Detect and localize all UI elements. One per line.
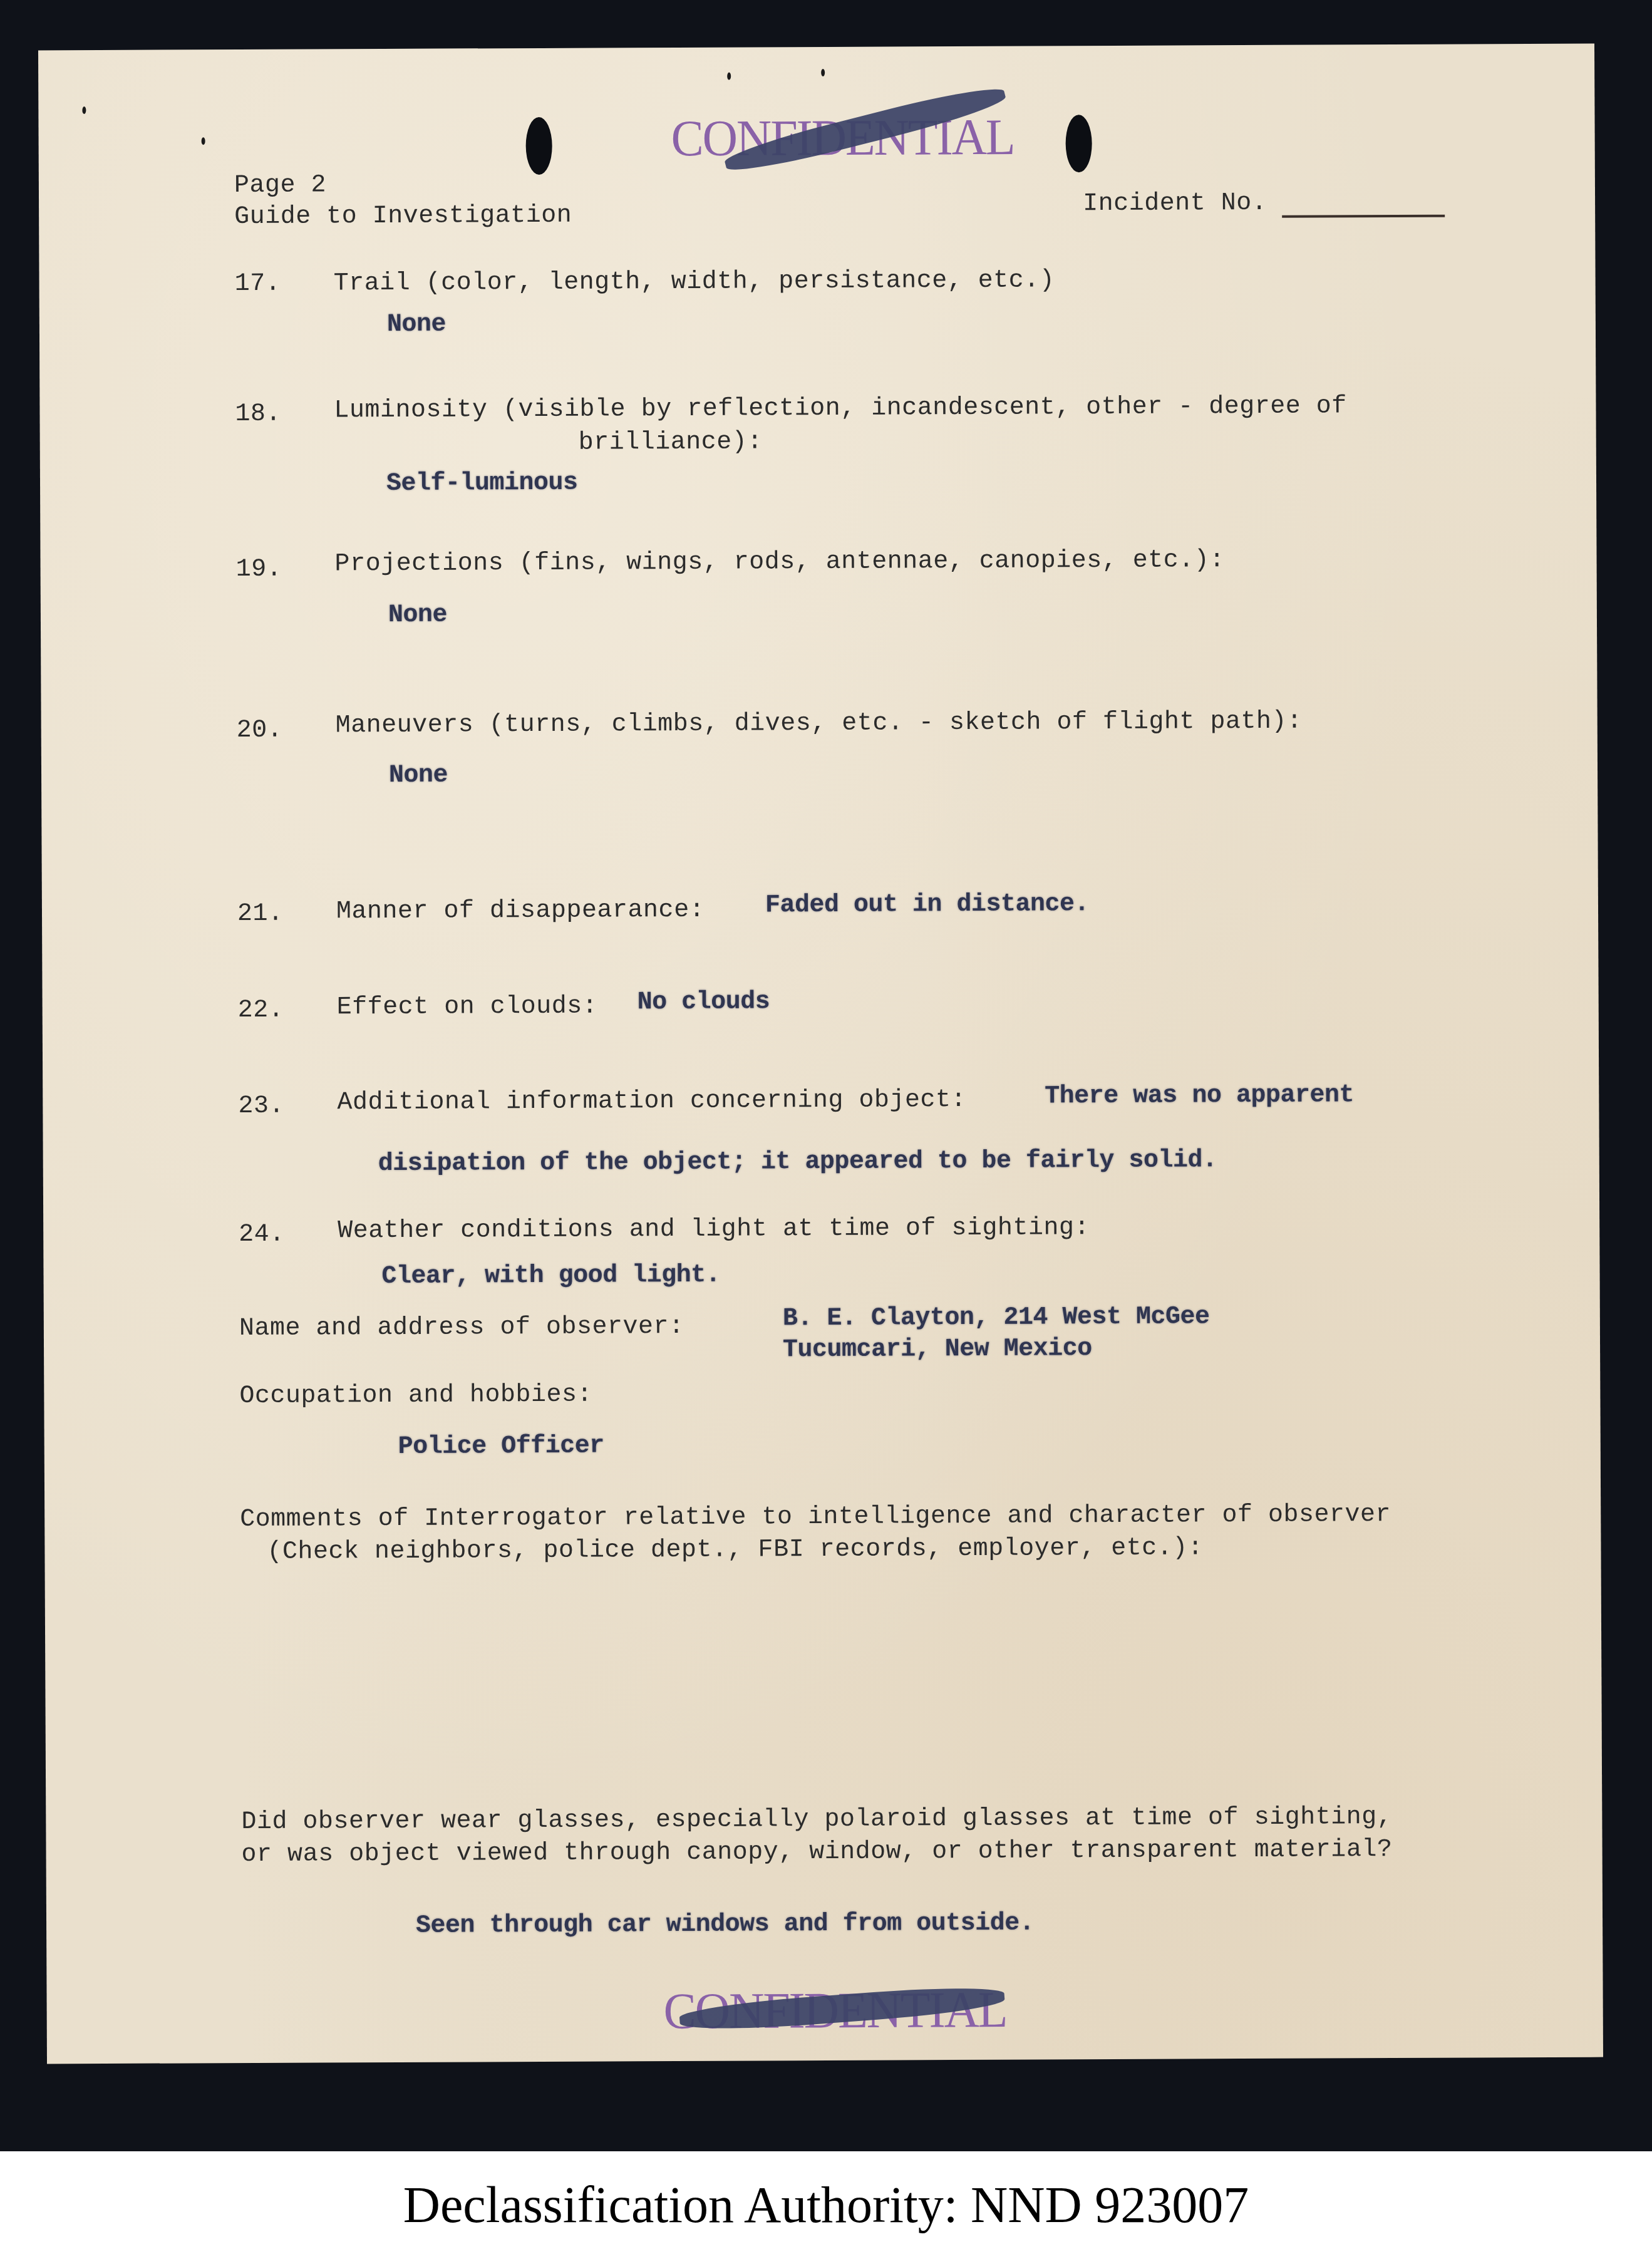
item-24-answer: Clear, with good light.	[381, 1261, 720, 1291]
declassification-footer: Declassification Authority: NND 923007	[0, 2151, 1652, 2259]
item-17-number: 17.	[235, 270, 281, 298]
item-17-question: Trail (color, length, width, persistance…	[334, 266, 1055, 297]
item-17-answer: None	[387, 311, 446, 339]
glasses-answer: Seen through car windows and from outsid…	[416, 1910, 1034, 1940]
observer-name-line2: Tucumcari, New Mexico	[783, 1335, 1092, 1364]
item-23-answer-cont: disipation of the object; it appeared to…	[378, 1146, 1217, 1178]
item-19-answer: None	[388, 601, 447, 629]
item-23-number: 23.	[238, 1092, 284, 1120]
observer-name-line1: B. E. Clayton, 214 West McGee	[783, 1303, 1210, 1333]
glasses-question-line1: Did observer wear glasses, especially po…	[241, 1803, 1392, 1836]
item-23-question: Additional information concerning object…	[337, 1086, 966, 1117]
comments-label-line2: (Check neighbors, police dept., FBI reco…	[267, 1534, 1203, 1566]
item-18-question-cont: brilliance):	[579, 428, 763, 457]
item-21-answer: Faded out in distance.	[765, 890, 1089, 919]
item-23-answer: There was no apparent	[1045, 1081, 1354, 1110]
item-19-number: 19.	[236, 556, 282, 584]
item-21-question: Manner of disappearance:	[336, 896, 705, 926]
item-18-answer: Self-luminous	[386, 469, 578, 498]
occupation-answer: Police Officer	[398, 1432, 604, 1461]
item-20-question: Maneuvers (turns, climbs, dives, etc. - …	[336, 708, 1303, 740]
item-22-answer: No clouds	[638, 988, 770, 1016]
punch-hole-left	[525, 117, 552, 175]
occupation-label: Occupation and hobbies:	[239, 1381, 592, 1410]
item-24-question: Weather conditions and light at time of …	[338, 1214, 1090, 1245]
item-24-number: 24.	[239, 1221, 285, 1249]
observer-name-label: Name and address of observer:	[239, 1313, 684, 1343]
glasses-question-line2: or was object viewed through canopy, win…	[241, 1836, 1392, 1869]
item-18-number: 18.	[235, 400, 281, 428]
punch-hole-right	[1065, 115, 1092, 172]
declassification-text: Declassification Authority: NND 923007	[403, 2176, 1249, 2235]
paper-speck	[202, 137, 205, 145]
form-title: Guide to Investigation	[234, 202, 572, 231]
item-20-number: 20.	[237, 716, 283, 745]
paper-speck	[821, 69, 825, 76]
page-number: Page 2	[234, 171, 326, 200]
item-20-answer: None	[389, 762, 448, 790]
item-19-question: Projections (fins, wings, rods, antennae…	[334, 546, 1224, 578]
item-18-question: Luminosity (visible by reflection, incan…	[334, 392, 1346, 425]
paper-speck	[727, 73, 731, 80]
incident-number-blank	[1282, 215, 1445, 218]
item-22-question: Effect on clouds:	[337, 993, 598, 1022]
item-22-number: 22.	[238, 996, 284, 1025]
document-page: CONFIDENTIAL Page 2 Guide to Investigati…	[38, 44, 1603, 2064]
comments-label-line1: Comments of Interrogator relative to int…	[240, 1501, 1391, 1534]
incident-number-label: Incident No.	[1083, 189, 1267, 218]
item-21-number: 21.	[237, 900, 284, 928]
paper-speck	[82, 106, 86, 114]
